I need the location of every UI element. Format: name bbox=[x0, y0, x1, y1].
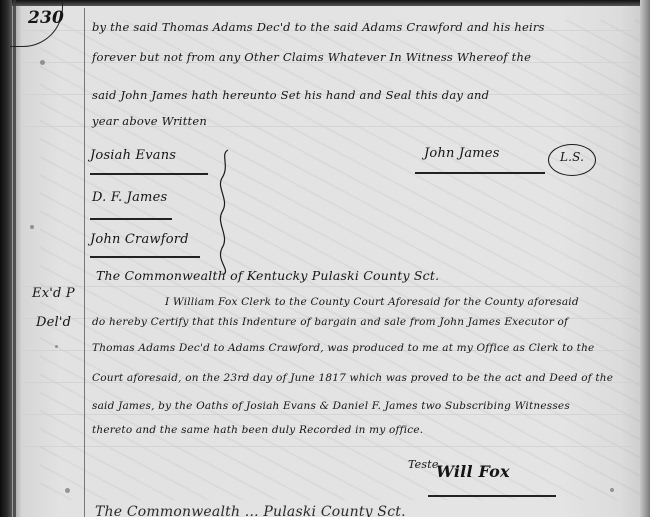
page-top-edge bbox=[0, 0, 650, 6]
deed-line-4: year above Written bbox=[92, 114, 207, 128]
book-binding bbox=[0, 0, 12, 517]
binding-shadow bbox=[13, 0, 16, 517]
signature-flourish bbox=[428, 495, 556, 497]
deed-line-3: said John James hath hereunto Set his ha… bbox=[92, 88, 489, 102]
ruled-line bbox=[22, 286, 642, 287]
ruled-line bbox=[22, 446, 642, 447]
page-number: 230 bbox=[28, 8, 64, 28]
seal-mark: L.S. bbox=[560, 150, 584, 164]
ink-spot bbox=[610, 488, 614, 492]
signature-line bbox=[90, 218, 172, 220]
signature-line bbox=[90, 256, 200, 258]
certificate-line-6: thereto and the same hath been duly Reco… bbox=[92, 424, 423, 436]
next-entry-partial: The Commonwealth ... Pulaski County Sct. bbox=[95, 504, 406, 517]
ink-spot bbox=[55, 345, 58, 348]
certificate-heading: The Commonwealth of Kentucky Pulaski Cou… bbox=[96, 268, 439, 283]
margin-rule bbox=[84, 8, 85, 517]
witness-signature-2: D. F. James bbox=[92, 190, 167, 205]
brace-icon bbox=[218, 148, 232, 276]
ledger-page: 230 by the said Thomas Adams Dec'd to th… bbox=[0, 0, 650, 517]
witness-signature-3: John Crawford bbox=[90, 232, 189, 247]
certificate-line-5: said James, by the Oaths of Josiah Evans… bbox=[92, 400, 570, 412]
ink-spot bbox=[40, 60, 45, 65]
certificate-line-2: do hereby Certify that this Indenture of… bbox=[92, 316, 568, 328]
margin-note-examined: Ex'd P bbox=[32, 286, 75, 301]
deed-line-1: by the said Thomas Adams Dec'd to the sa… bbox=[92, 20, 545, 34]
ruled-line bbox=[22, 414, 642, 415]
ink-spot bbox=[30, 225, 34, 229]
certificate-line-4: Court aforesaid, on the 23rd day of June… bbox=[92, 372, 613, 384]
signature-line bbox=[415, 172, 545, 174]
grantor-signature: John James bbox=[424, 146, 500, 161]
certificate-line-3: Thomas Adams Dec'd to Adams Crawford, wa… bbox=[92, 342, 594, 354]
clerk-signature: Will Fox bbox=[436, 462, 510, 481]
teste-label: Teste bbox=[408, 458, 439, 471]
deed-line-2: forever but not from any Other Claims Wh… bbox=[92, 50, 531, 64]
witness-signature-1: Josiah Evans bbox=[90, 148, 176, 163]
margin-note-delivered: Del'd bbox=[36, 315, 71, 330]
certificate-line-1: I William Fox Clerk to the County Court … bbox=[165, 296, 579, 308]
ink-spot bbox=[65, 488, 70, 493]
signature-line bbox=[90, 173, 208, 175]
page-right-edge bbox=[640, 0, 650, 517]
